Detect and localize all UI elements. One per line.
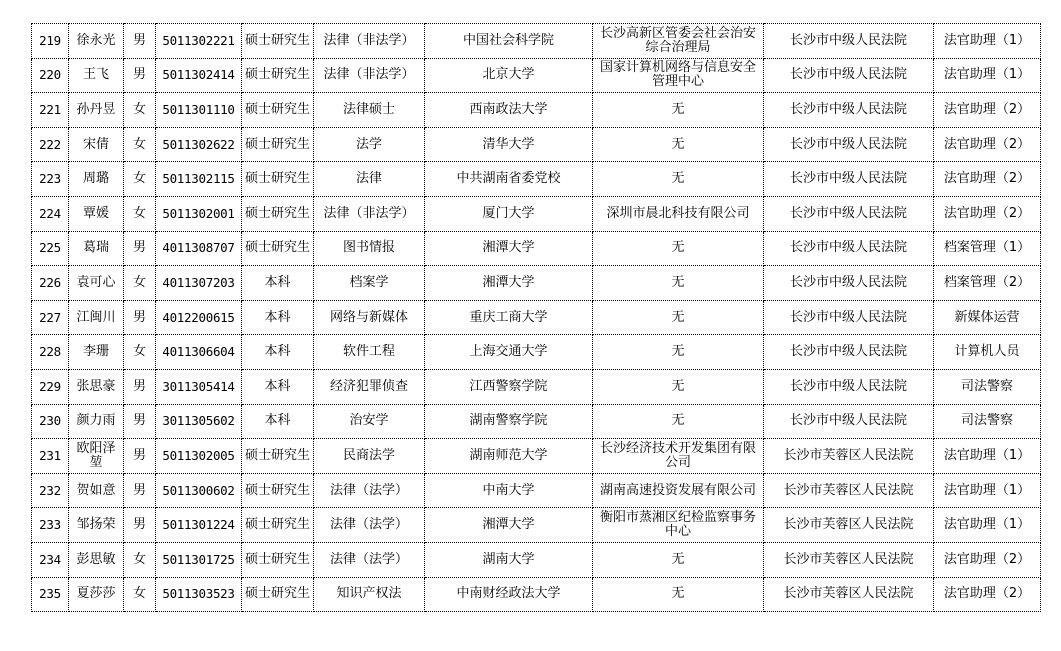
gender-cell: 女 [124, 162, 156, 197]
exam-id-cell: 4012200615 [156, 300, 242, 335]
exam-id-cell: 4011308707 [156, 231, 242, 266]
applied-unit-cell: 长沙市中级人民法院 [764, 266, 934, 301]
row-number-cell: 233 [32, 508, 69, 543]
exam-id-cell: 5011302001 [156, 196, 242, 231]
employer-cell: 无 [593, 335, 764, 370]
major-cell: 法律（法学） [314, 473, 425, 508]
table-row: 232贺如意男5011300602硕士研究生法律（法学）中南大学湖南高速投资发展… [32, 473, 1041, 508]
school-cell: 湘潭大学 [425, 231, 593, 266]
table-row: 226袁可心女4011307203本科档案学湘潭大学无长沙市中级人民法院档案管理… [32, 266, 1041, 301]
applied-position-cell: 档案管理（2） [934, 266, 1041, 301]
gender-cell: 女 [124, 196, 156, 231]
exam-id-cell: 5011302115 [156, 162, 242, 197]
employer-cell: 衡阳市蒸湘区纪检监察事务中心 [593, 508, 764, 543]
row-number-cell: 228 [32, 335, 69, 370]
employer-cell: 无 [593, 369, 764, 404]
school-cell: 湘潭大学 [425, 266, 593, 301]
applied-unit-cell: 长沙市中级人民法院 [764, 404, 934, 439]
applied-position-cell: 法官助理（1） [934, 473, 1041, 508]
applied-unit-cell: 长沙市中级人民法院 [764, 93, 934, 128]
row-number-cell: 232 [32, 473, 69, 508]
employer-cell: 无 [593, 93, 764, 128]
major-cell: 网络与新媒体 [314, 300, 425, 335]
applied-unit-cell: 长沙市中级人民法院 [764, 335, 934, 370]
degree-cell: 硕士研究生 [242, 24, 314, 59]
degree-cell: 本科 [242, 300, 314, 335]
degree-cell: 本科 [242, 404, 314, 439]
candidate-name-cell: 孙丹昱 [69, 93, 124, 128]
applied-unit-cell: 长沙市中级人民法院 [764, 369, 934, 404]
row-number-cell: 222 [32, 127, 69, 162]
table-row: 235夏莎莎女5011303523硕士研究生知识产权法中南财经政法大学无长沙市芙… [32, 577, 1041, 612]
gender-cell: 男 [124, 473, 156, 508]
table-row: 225葛瑞男4011308707硕士研究生图书情报湘潭大学无长沙市中级人民法院档… [32, 231, 1041, 266]
gender-cell: 男 [124, 508, 156, 543]
school-cell: 中南大学 [425, 473, 593, 508]
employer-cell: 国家计算机网络与信息安全管理中心 [593, 58, 764, 93]
applied-position-cell: 档案管理（1） [934, 231, 1041, 266]
degree-cell: 硕士研究生 [242, 127, 314, 162]
employer-cell: 无 [593, 162, 764, 197]
row-number-cell: 230 [32, 404, 69, 439]
candidate-name-cell: 宋倩 [69, 127, 124, 162]
table-row: 222宋倩女5011302622硕士研究生法学清华大学无长沙市中级人民法院法官助… [32, 127, 1041, 162]
employer-cell: 深圳市晨北科技有限公司 [593, 196, 764, 231]
applied-position-cell: 司法警察 [934, 369, 1041, 404]
applied-position-cell: 法官助理（1） [934, 58, 1041, 93]
applied-position-cell: 司法警察 [934, 404, 1041, 439]
employer-cell: 长沙经济技术开发集团有限公司 [593, 439, 764, 474]
major-cell: 法律 [314, 162, 425, 197]
major-cell: 档案学 [314, 266, 425, 301]
applied-position-cell: 法官助理（1） [934, 439, 1041, 474]
candidate-name-cell: 周璐 [69, 162, 124, 197]
school-cell: 中共湖南省委党校 [425, 162, 593, 197]
school-cell: 重庆工商大学 [425, 300, 593, 335]
table-row: 233邹扬荣男5011301224硕士研究生法律（法学）湘潭大学衡阳市蒸湘区纪检… [32, 508, 1041, 543]
applied-position-cell: 计算机人员 [934, 335, 1041, 370]
candidate-name-cell: 江闽川 [69, 300, 124, 335]
applied-unit-cell: 长沙市芙蓉区人民法院 [764, 473, 934, 508]
row-number-cell: 229 [32, 369, 69, 404]
candidate-name-cell: 彭思敏 [69, 542, 124, 577]
applied-position-cell: 法官助理（1） [934, 24, 1041, 59]
gender-cell: 男 [124, 58, 156, 93]
employer-cell: 无 [593, 266, 764, 301]
applied-position-cell: 法官助理（1） [934, 508, 1041, 543]
row-number-cell: 227 [32, 300, 69, 335]
school-cell: 上海交通大学 [425, 335, 593, 370]
degree-cell: 硕士研究生 [242, 577, 314, 612]
degree-cell: 硕士研究生 [242, 508, 314, 543]
table-row: 234彭思敏女5011301725硕士研究生法律（法学）湖南大学无长沙市芙蓉区人… [32, 542, 1041, 577]
candidate-name-cell: 徐永光 [69, 24, 124, 59]
gender-cell: 女 [124, 93, 156, 128]
exam-id-cell: 3011305602 [156, 404, 242, 439]
applied-position-cell: 法官助理（2） [934, 162, 1041, 197]
exam-id-cell: 5011301110 [156, 93, 242, 128]
school-cell: 中国社会科学院 [425, 24, 593, 59]
major-cell: 法律（法学） [314, 542, 425, 577]
applied-unit-cell: 长沙市芙蓉区人民法院 [764, 439, 934, 474]
degree-cell: 硕士研究生 [242, 542, 314, 577]
candidate-name-cell: 邹扬荣 [69, 508, 124, 543]
exam-id-cell: 5011302221 [156, 24, 242, 59]
table-row: 228李珊女4011306604本科软件工程上海交通大学无长沙市中级人民法院计算… [32, 335, 1041, 370]
major-cell: 图书情报 [314, 231, 425, 266]
employer-cell: 无 [593, 231, 764, 266]
row-number-cell: 234 [32, 542, 69, 577]
applied-unit-cell: 长沙市中级人民法院 [764, 300, 934, 335]
applied-unit-cell: 长沙市中级人民法院 [764, 231, 934, 266]
gender-cell: 男 [124, 404, 156, 439]
degree-cell: 本科 [242, 335, 314, 370]
gender-cell: 女 [124, 335, 156, 370]
school-cell: 湖南大学 [425, 542, 593, 577]
exam-id-cell: 5011302414 [156, 58, 242, 93]
school-cell: 厦门大学 [425, 196, 593, 231]
exam-id-cell: 5011303523 [156, 577, 242, 612]
applied-position-cell: 法官助理（2） [934, 93, 1041, 128]
candidate-name-cell: 李珊 [69, 335, 124, 370]
table-row: 230颜力雨男3011305602本科治安学湖南警察学院无长沙市中级人民法院司法… [32, 404, 1041, 439]
degree-cell: 硕士研究生 [242, 473, 314, 508]
degree-cell: 本科 [242, 266, 314, 301]
candidate-name-cell: 王飞 [69, 58, 124, 93]
employer-cell: 长沙高新区管委会社会治安综合治理局 [593, 24, 764, 59]
row-number-cell: 226 [32, 266, 69, 301]
employer-cell: 无 [593, 127, 764, 162]
school-cell: 清华大学 [425, 127, 593, 162]
applied-position-cell: 法官助理（2） [934, 127, 1041, 162]
table-body: 219徐永光男5011302221硕士研究生法律（非法学）中国社会科学院长沙高新… [32, 24, 1041, 612]
exam-id-cell: 5011301725 [156, 542, 242, 577]
school-cell: 北京大学 [425, 58, 593, 93]
candidate-table: 219徐永光男5011302221硕士研究生法律（非法学）中国社会科学院长沙高新… [31, 23, 1041, 612]
row-number-cell: 220 [32, 58, 69, 93]
degree-cell: 硕士研究生 [242, 162, 314, 197]
applied-position-cell: 法官助理（2） [934, 542, 1041, 577]
degree-cell: 硕士研究生 [242, 439, 314, 474]
table-row: 224覃媛女5011302001硕士研究生法律（非法学）厦门大学深圳市晨北科技有… [32, 196, 1041, 231]
gender-cell: 女 [124, 577, 156, 612]
school-cell: 湖南警察学院 [425, 404, 593, 439]
degree-cell: 硕士研究生 [242, 58, 314, 93]
employer-cell: 无 [593, 542, 764, 577]
school-cell: 江西警察学院 [425, 369, 593, 404]
applied-unit-cell: 长沙市芙蓉区人民法院 [764, 508, 934, 543]
candidate-name-cell: 覃媛 [69, 196, 124, 231]
degree-cell: 硕士研究生 [242, 93, 314, 128]
gender-cell: 男 [124, 439, 156, 474]
employer-cell: 无 [593, 300, 764, 335]
school-cell: 湖南师范大学 [425, 439, 593, 474]
applied-unit-cell: 长沙市中级人民法院 [764, 162, 934, 197]
school-cell: 中南财经政法大学 [425, 577, 593, 612]
gender-cell: 男 [124, 24, 156, 59]
applied-position-cell: 法官助理（2） [934, 196, 1041, 231]
candidate-name-cell: 夏莎莎 [69, 577, 124, 612]
applied-unit-cell: 长沙市中级人民法院 [764, 127, 934, 162]
exam-id-cell: 3011305414 [156, 369, 242, 404]
applied-unit-cell: 长沙市中级人民法院 [764, 24, 934, 59]
row-number-cell: 219 [32, 24, 69, 59]
table-row: 219徐永光男5011302221硕士研究生法律（非法学）中国社会科学院长沙高新… [32, 24, 1041, 59]
employer-cell: 无 [593, 404, 764, 439]
major-cell: 法律（非法学） [314, 58, 425, 93]
major-cell: 法律（非法学） [314, 24, 425, 59]
gender-cell: 男 [124, 300, 156, 335]
major-cell: 知识产权法 [314, 577, 425, 612]
applied-unit-cell: 长沙市中级人民法院 [764, 196, 934, 231]
exam-id-cell: 4011307203 [156, 266, 242, 301]
table-row: 221孙丹昱女5011301110硕士研究生法律硕士西南政法大学无长沙市中级人民… [32, 93, 1041, 128]
exam-id-cell: 5011302005 [156, 439, 242, 474]
major-cell: 法律（法学） [314, 508, 425, 543]
table-row: 227江闽川男4012200615本科网络与新媒体重庆工商大学无长沙市中级人民法… [32, 300, 1041, 335]
gender-cell: 男 [124, 369, 156, 404]
degree-cell: 硕士研究生 [242, 231, 314, 266]
row-number-cell: 225 [32, 231, 69, 266]
employer-cell: 湖南高速投资发展有限公司 [593, 473, 764, 508]
exam-id-cell: 5011300602 [156, 473, 242, 508]
exam-id-cell: 5011301224 [156, 508, 242, 543]
applied-position-cell: 新媒体运营 [934, 300, 1041, 335]
applied-position-cell: 法官助理（2） [934, 577, 1041, 612]
candidate-name-cell: 张思豪 [69, 369, 124, 404]
major-cell: 法律硕士 [314, 93, 425, 128]
gender-cell: 女 [124, 266, 156, 301]
degree-cell: 硕士研究生 [242, 196, 314, 231]
applied-unit-cell: 长沙市芙蓉区人民法院 [764, 577, 934, 612]
major-cell: 软件工程 [314, 335, 425, 370]
candidate-name-cell: 葛瑞 [69, 231, 124, 266]
exam-id-cell: 5011302622 [156, 127, 242, 162]
candidate-name-cell: 欧阳泽堃 [69, 439, 124, 474]
degree-cell: 本科 [242, 369, 314, 404]
applied-unit-cell: 长沙市中级人民法院 [764, 58, 934, 93]
candidate-name-cell: 袁可心 [69, 266, 124, 301]
table-row: 220王飞男5011302414硕士研究生法律（非法学）北京大学国家计算机网络与… [32, 58, 1041, 93]
row-number-cell: 231 [32, 439, 69, 474]
employer-cell: 无 [593, 577, 764, 612]
school-cell: 西南政法大学 [425, 93, 593, 128]
major-cell: 经济犯罪侦查 [314, 369, 425, 404]
table-row: 231欧阳泽堃男5011302005硕士研究生民商法学湖南师范大学长沙经济技术开… [32, 439, 1041, 474]
gender-cell: 女 [124, 127, 156, 162]
applied-unit-cell: 长沙市芙蓉区人民法院 [764, 542, 934, 577]
row-number-cell: 221 [32, 93, 69, 128]
major-cell: 民商法学 [314, 439, 425, 474]
gender-cell: 男 [124, 231, 156, 266]
major-cell: 法律（非法学） [314, 196, 425, 231]
table-row: 223周璐女5011302115硕士研究生法律中共湖南省委党校无长沙市中级人民法… [32, 162, 1041, 197]
table-row: 229张思豪男3011305414本科经济犯罪侦查江西警察学院无长沙市中级人民法… [32, 369, 1041, 404]
major-cell: 治安学 [314, 404, 425, 439]
gender-cell: 女 [124, 542, 156, 577]
exam-id-cell: 4011306604 [156, 335, 242, 370]
row-number-cell: 223 [32, 162, 69, 197]
row-number-cell: 224 [32, 196, 69, 231]
row-number-cell: 235 [32, 577, 69, 612]
school-cell: 湘潭大学 [425, 508, 593, 543]
major-cell: 法学 [314, 127, 425, 162]
candidate-name-cell: 颜力雨 [69, 404, 124, 439]
candidate-name-cell: 贺如意 [69, 473, 124, 508]
